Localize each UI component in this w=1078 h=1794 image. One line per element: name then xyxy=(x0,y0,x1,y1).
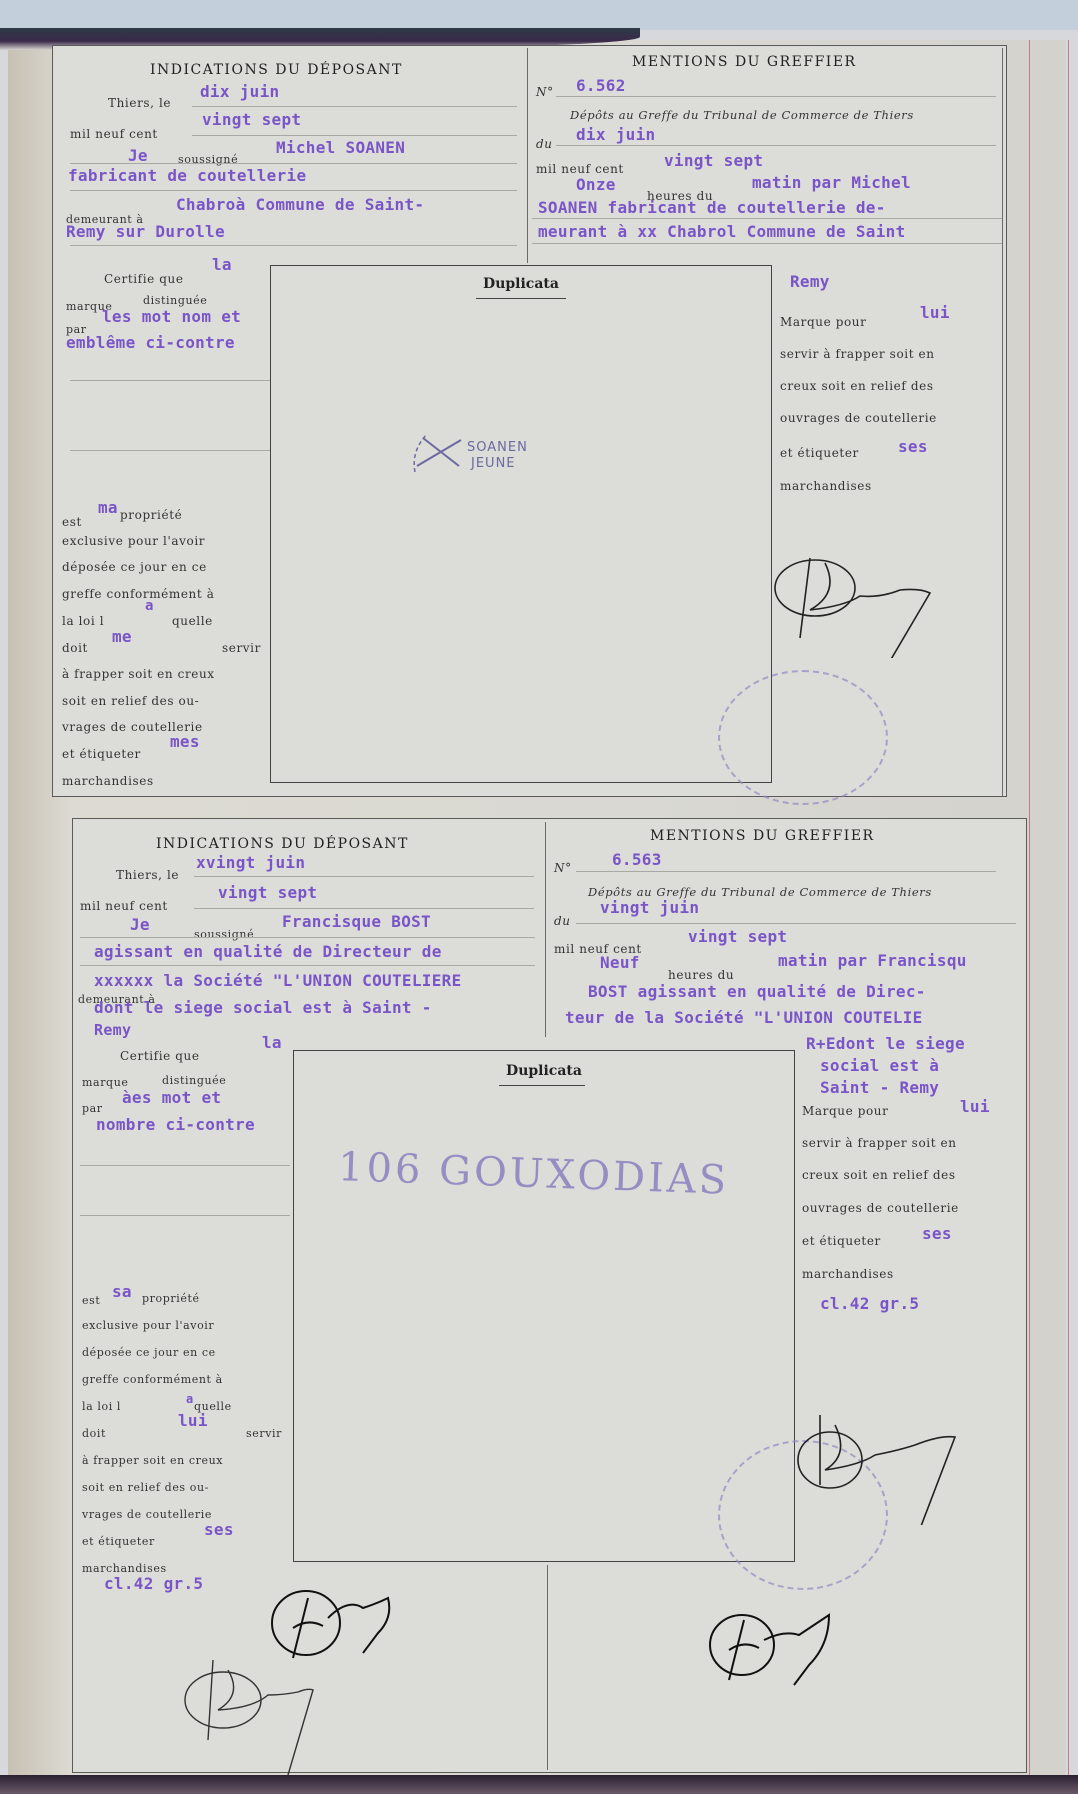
depositor-name: Francisque BOST xyxy=(282,912,431,931)
pronoun-field: me xyxy=(112,627,132,646)
heures-label: heures du xyxy=(668,968,734,982)
pronoun-field: lui xyxy=(920,303,950,322)
form-rule xyxy=(70,190,517,191)
form-rule xyxy=(80,1215,290,1216)
legal-text: creux soit en relief des xyxy=(780,379,934,393)
duplicata-title: Duplicata xyxy=(271,276,771,292)
thiers-label: Thiers, le xyxy=(116,868,179,882)
form-rule xyxy=(70,245,517,246)
class-field: cl.42 gr.5 xyxy=(820,1294,919,1313)
etiqueter-label: et étiqueter xyxy=(82,1535,155,1548)
legal-text: servir à frapper soit en xyxy=(802,1136,957,1150)
doit-label: doit xyxy=(82,1427,106,1440)
servir-label: servir xyxy=(246,1427,282,1440)
address-line: xxxxxx la Société "L'UNION COUTELIERE xyxy=(94,971,462,990)
clerk-signature-icon xyxy=(178,1650,358,1775)
hour-field: Onze xyxy=(576,175,616,194)
pronoun-field: lui xyxy=(178,1411,208,1430)
greffe-text: BOST agissant en qualité de Direc- xyxy=(588,982,926,1001)
legal-text: vrages de coutellerie xyxy=(82,1508,212,1521)
etiqueter-label: et étiqueter xyxy=(62,747,141,761)
mark-description: àes mot et xyxy=(122,1088,221,1107)
greffe-text: teur de la Société "L'UNION COUTELIE xyxy=(565,1008,923,1027)
ses-field: ses xyxy=(204,1520,234,1539)
marque-pour-label: Marque pour xyxy=(780,315,866,329)
deposant-heading: INDICATIONS DU DÉPOSANT xyxy=(150,62,403,78)
registration-number: 6.563 xyxy=(612,850,662,869)
depots-label: Dépôts au Greffe du Tribunal de Commerce… xyxy=(588,885,932,899)
etiqueter-label: et étiqueter xyxy=(802,1234,881,1248)
greffe-text: Saint - Remy xyxy=(820,1078,939,1097)
marchandises-label: marchandises xyxy=(780,479,872,493)
duplicata-underline xyxy=(476,298,566,299)
servir-label: servir xyxy=(222,641,261,655)
form-rule xyxy=(194,876,534,877)
article-field: la xyxy=(212,255,232,274)
mark-description: emblême ci-contre xyxy=(66,333,235,352)
legal-text: soit en relief des ou- xyxy=(82,1481,209,1494)
depositor-name: Michel SOANEN xyxy=(276,138,405,157)
ses-field: ses xyxy=(898,437,928,456)
greffe-year: vingt sept xyxy=(664,151,763,170)
form-rule xyxy=(576,923,1016,924)
deposit-date: dix juin xyxy=(200,82,279,101)
legal-text: ouvrages de coutellerie xyxy=(780,411,937,425)
depots-label: Dépôts au Greffe du Tribunal de Commerce… xyxy=(570,108,914,122)
form-rule xyxy=(70,450,270,451)
legal-text: déposée ce jour en ce xyxy=(82,1346,216,1359)
margin-line xyxy=(1029,40,1030,1785)
greffier-heading: MENTIONS DU GREFFIER xyxy=(632,54,857,70)
greffe-date: vingt juin xyxy=(600,898,699,917)
registration-number: 6.562 xyxy=(576,76,626,95)
legal-text: soit en relief des ou- xyxy=(62,694,199,708)
possessive-field: sa xyxy=(112,1282,132,1301)
certifie-label: Certifie que xyxy=(104,272,184,286)
form-rule xyxy=(556,145,996,146)
class-field: cl.42 gr.5 xyxy=(104,1574,203,1593)
marchandises-label: marchandises xyxy=(62,774,154,788)
pronoun-field: lui xyxy=(960,1097,990,1116)
propriete-label: propriété xyxy=(120,508,182,522)
propriete-label: propriété xyxy=(142,1292,200,1305)
greffe-text: matin par Michel xyxy=(752,173,911,192)
greffe-text: SOANEN fabricant de coutellerie de- xyxy=(538,198,886,217)
card-edge xyxy=(1002,48,1003,796)
form-rule xyxy=(80,1165,290,1166)
form-rule xyxy=(70,163,517,164)
legal-text: servir à frapper soit en xyxy=(780,347,935,361)
greffe-text: social est à xyxy=(820,1056,939,1075)
thiers-label: Thiers, le xyxy=(108,96,171,110)
soussigne-label: soussigné xyxy=(178,153,238,166)
address-line: Remy sur Durolle xyxy=(66,222,225,241)
soussigne-label: soussigné xyxy=(194,928,254,941)
address-line: Remy xyxy=(94,1021,131,1039)
depositor-signature-icon xyxy=(704,1600,864,1710)
clerk-signature-icon xyxy=(790,1405,970,1525)
duplicata-box: Duplicata SOANEN JEUNE xyxy=(270,265,772,783)
greffe-date: dix juin xyxy=(576,125,655,144)
form-rule xyxy=(532,218,1002,219)
greffe-text: R+Edont le siege xyxy=(806,1034,965,1053)
duplicata-box: Duplicata 106 GOUXODIAS xyxy=(293,1050,795,1562)
legal-text: creux soit en relief des xyxy=(802,1168,956,1182)
year-label: mil neuf cent xyxy=(80,899,168,913)
certifie-label: Certifie que xyxy=(120,1049,200,1063)
form-rule xyxy=(192,135,517,136)
deposit-date: xvingt juin xyxy=(196,853,305,872)
no-label: N° xyxy=(554,861,572,875)
hour-field: Neuf xyxy=(600,953,640,972)
trademark-stamp: SOANEN JEUNE xyxy=(409,426,569,486)
par-label: par xyxy=(82,1102,103,1115)
duplicata-underline xyxy=(499,1085,585,1086)
mark-description: nombre ci-contre xyxy=(96,1115,255,1134)
ses-field: mes xyxy=(170,732,200,751)
deposant-heading: INDICATIONS DU DÉPOSANT xyxy=(156,836,409,852)
mark-description: les mot nom et xyxy=(102,307,241,326)
est-label: est xyxy=(62,515,82,529)
loi-label: la loi l xyxy=(62,614,104,628)
loi-label: la loi l xyxy=(82,1400,121,1413)
legal-text: à frapper soit en creux xyxy=(62,667,215,681)
background-sky xyxy=(0,0,1078,30)
form-rule xyxy=(192,106,517,107)
form-rule xyxy=(70,380,270,381)
greffe-text: matin par Francisqu xyxy=(778,951,967,970)
form-rule xyxy=(556,96,996,97)
loi-typed: a xyxy=(186,1392,194,1406)
legal-text: ouvrages de coutellerie xyxy=(802,1201,959,1215)
doit-label: doit xyxy=(62,641,88,655)
clerk-signature-icon xyxy=(770,548,960,658)
stamp-text: JEUNE xyxy=(471,456,516,471)
legal-text: greffe conformément à xyxy=(62,587,214,601)
du-label: du xyxy=(536,137,553,151)
greffe-text: meurant à xx Chabrol Commune de Saint xyxy=(538,222,906,241)
form-rule xyxy=(80,937,535,938)
quelle-label: quelle xyxy=(172,614,213,628)
year-label: mil neuf cent xyxy=(536,162,624,176)
column-divider xyxy=(545,822,546,1037)
legal-text: exclusive pour l'avoir xyxy=(82,1319,214,1332)
book-binding-bottom xyxy=(0,1775,1078,1794)
depositor-role: agissant en qualité de Directeur de xyxy=(94,942,442,961)
year-label: mil neuf cent xyxy=(70,127,158,141)
loi-typed: a xyxy=(145,598,154,614)
legal-text: à frapper soit en creux xyxy=(82,1454,223,1467)
article-field: la xyxy=(262,1033,282,1052)
depositor-profession: fabricant de coutellerie xyxy=(68,166,306,185)
est-label: est xyxy=(82,1294,100,1307)
marque-pour-label: Marque pour xyxy=(802,1104,888,1118)
form-rule xyxy=(532,243,1002,244)
marchandises-label: marchandises xyxy=(802,1267,894,1281)
du-label: du xyxy=(554,914,571,928)
deposit-year: vingt sept xyxy=(202,110,301,129)
stamp-text: SOANEN xyxy=(467,440,528,455)
deposit-year: vingt sept xyxy=(218,883,317,902)
legal-text: exclusive pour l'avoir xyxy=(62,534,205,548)
distinguee-label: distinguée xyxy=(143,294,207,307)
column-divider xyxy=(527,48,528,263)
address-line: Chabroà Commune de Saint- xyxy=(176,195,424,214)
greffier-heading: MENTIONS DU GREFFIER xyxy=(650,828,875,844)
etiqueter-label: et étiqueter xyxy=(780,446,859,460)
crossed-knives-icon xyxy=(409,426,479,486)
tribunal-seal xyxy=(718,670,888,805)
margin-line xyxy=(1068,40,1069,1785)
form-rule xyxy=(576,871,996,872)
je-field: Je xyxy=(130,915,150,934)
trademark-stamp: 106 GOUXODIAS xyxy=(337,1144,730,1204)
duplicata-title: Duplicata xyxy=(294,1063,794,1079)
column-divider xyxy=(547,1565,548,1770)
legal-text: greffe conformément à xyxy=(82,1373,223,1386)
ses-field: ses xyxy=(922,1224,952,1243)
no-label: N° xyxy=(536,85,554,99)
greffe-year: vingt sept xyxy=(688,927,787,946)
form-rule xyxy=(194,908,534,909)
distinguee-label: distinguée xyxy=(162,1074,226,1087)
greffe-text: Remy xyxy=(790,272,830,291)
possessive-field: ma xyxy=(98,498,118,517)
legal-text: déposée ce jour en ce xyxy=(62,560,207,574)
address-line: dont le siege social est à Saint - xyxy=(94,998,432,1017)
form-rule xyxy=(80,965,535,966)
